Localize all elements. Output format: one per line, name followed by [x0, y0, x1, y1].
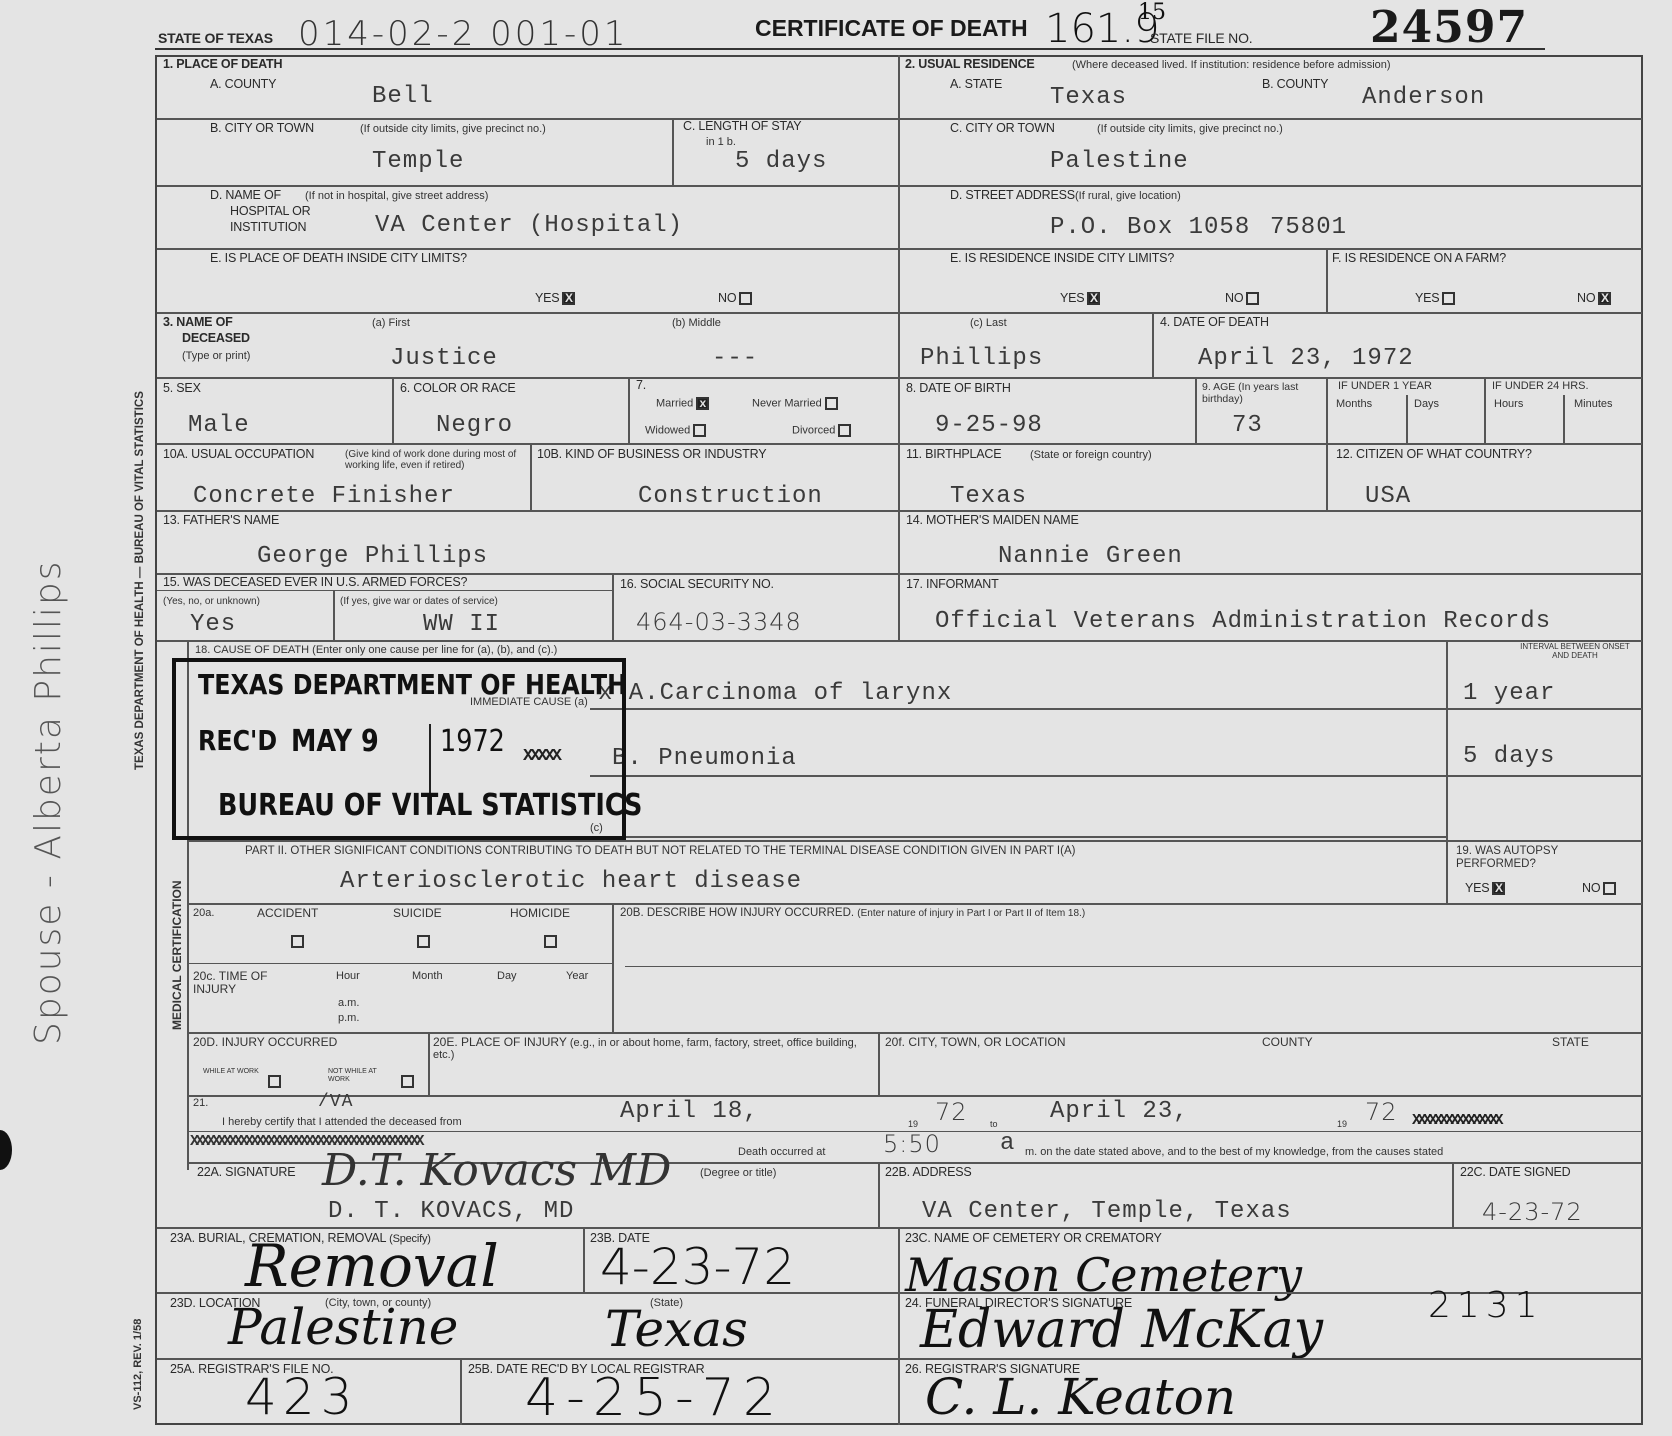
no-label: NO	[1577, 291, 1595, 305]
stamp-line1: TEXAS DEPARTMENT OF HEALTH	[198, 668, 627, 701]
interval-a: 1 year	[1463, 680, 1555, 707]
hospital-hint: (If not in hospital, give street address…	[305, 190, 488, 202]
death-city-value: Temple	[372, 148, 464, 175]
occupation-value: Concrete Finisher	[193, 483, 455, 510]
date-signed-label: 22c. DATE SIGNED	[1460, 1166, 1570, 1179]
while-at-work-checkbox[interactable]	[268, 1075, 281, 1088]
birthplace-hint: (State or foreign country)	[1030, 449, 1152, 461]
residence-label: 2. USUAL RESIDENCE	[905, 58, 1035, 71]
burial-value: Removal	[245, 1232, 499, 1300]
rule	[583, 1227, 585, 1293]
day-label: Day	[497, 970, 517, 982]
checkbox-unchecked[interactable]	[1246, 292, 1259, 305]
registrar-signature-value: C. L. Keaton	[925, 1368, 1236, 1426]
checkbox-unchecked[interactable]	[1442, 292, 1455, 305]
interval-label: INTERVAL BETWEEN ONSET AND DEATH	[1520, 643, 1630, 661]
industry-label: 10b. KIND OF BUSINESS OR INDUSTRY	[537, 448, 766, 461]
last-name-value: Phillips	[920, 345, 1043, 372]
injury-county-label: COUNTY	[1262, 1036, 1313, 1049]
dob-label: 8. DATE OF BIRTH	[906, 382, 1011, 395]
married-label: Married	[656, 397, 693, 409]
describe-injury-hint: (Enter nature of injury in Part I or Par…	[857, 908, 1085, 919]
residence-inside-city-no[interactable]: NO	[1225, 292, 1259, 305]
signature-label: 22a. SIGNATURE	[197, 1166, 295, 1179]
mother-label: 14. MOTHER'S MAIDEN NAME	[906, 514, 1079, 527]
armed-forces-value: Yes	[190, 611, 236, 638]
checkbox-checked[interactable]: x	[1087, 292, 1100, 305]
month-label: Month	[412, 970, 443, 982]
residence-state-value: Texas	[1050, 84, 1127, 111]
rule	[878, 1162, 880, 1227]
rule	[898, 1227, 900, 1425]
to-label: to	[990, 1120, 998, 1130]
spouse-note: Spouse - Alberta Phillips	[28, 559, 69, 1045]
ssn-label: 16. SOCIAL SECURITY NO.	[620, 578, 774, 591]
rule	[1484, 377, 1486, 443]
received-stamp: TEXAS DEPARTMENT OF HEALTH REC'D MAY 9 1…	[172, 658, 626, 840]
while-at-work-label: WHILE AT WORK	[203, 1068, 259, 1075]
date-of-death-label: 4. DATE OF DEATH	[1160, 316, 1269, 329]
rule	[460, 1358, 462, 1425]
death-time: 5:50	[883, 1130, 941, 1158]
under-24-label: IF UNDER 24 HRS.	[1492, 380, 1589, 392]
yes-label: YES	[1060, 291, 1084, 305]
name-hint: (Type or print)	[182, 350, 250, 362]
am-label: a.m.	[338, 997, 359, 1009]
armed-forces-label: 15. WAS DECEASED EVER IN U.S. ARMED FORC…	[163, 576, 467, 589]
rule	[189, 903, 1642, 905]
injury-occurred-label: 20d. INJURY OCCURRED	[193, 1036, 337, 1049]
form-number: VS-112, REV. 1/58	[132, 1319, 144, 1410]
cert-va-note: /VA	[318, 1092, 353, 1112]
injury-state-label: STATE	[1552, 1036, 1589, 1049]
married-option[interactable]: Marriedx	[656, 397, 709, 410]
time-of-injury-label: 20c. TIME OF INJURY	[193, 970, 308, 996]
cert-address-label: 22b. ADDRESS	[885, 1166, 972, 1179]
length-of-stay-label: c. LENGTH OF STAY	[683, 120, 801, 133]
occupation-hint: (Give kind of work done during most of w…	[345, 449, 527, 471]
state-file-label: STATE FILE NO.	[1150, 31, 1252, 46]
rule	[530, 443, 532, 510]
describe-injury-title: 20b. DESCRIBE HOW INJURY OCCURRED.	[620, 907, 854, 919]
to-year: 72	[1365, 1098, 1398, 1126]
rule	[1563, 395, 1565, 443]
checkbox-unchecked[interactable]	[693, 424, 706, 437]
farm-label: f. IS RESIDENCE ON A FARM?	[1332, 252, 1506, 265]
degree-label: (Degree or title)	[700, 1167, 776, 1179]
dept-vertical-text: TEXAS DEPARTMENT OF HEALTH — BUREAU OF V…	[134, 391, 146, 770]
checkbox-unchecked[interactable]	[838, 424, 851, 437]
location-state-value: Texas	[605, 1300, 748, 1358]
describe-injury-label: 20b. DESCRIBE HOW INJURY OCCURRED. (Ente…	[620, 907, 1085, 920]
rule	[333, 590, 335, 640]
suicide-label: SUICIDE	[393, 907, 442, 920]
not-while-at-work-checkbox[interactable]	[401, 1075, 414, 1088]
rule	[625, 966, 1642, 967]
homicide-label: HOMICIDE	[510, 907, 570, 920]
residence-city-hint: (If outside city limits, give precinct n…	[1097, 123, 1283, 135]
funeral-number: 2131	[1428, 1285, 1544, 1326]
race-value: Negro	[436, 412, 513, 439]
first-name-label: (a) First	[372, 317, 410, 329]
father-label: 13. FATHER'S NAME	[163, 514, 279, 527]
cause-line-b: B. Pneumonia	[612, 745, 797, 772]
no-label: NO	[1225, 291, 1243, 305]
rule	[1452, 1162, 1454, 1227]
rule	[157, 1358, 1642, 1360]
to-date: April 23,	[1050, 1098, 1189, 1125]
widowed-option[interactable]: Widowed	[645, 424, 706, 437]
rule	[189, 1032, 1642, 1034]
cause-section-hint: (Enter only one cause per line for (a), …	[312, 644, 557, 656]
certificate-title: CERTIFICATE OF DEATH	[755, 15, 1028, 42]
death-inside-city-no[interactable]: NO	[718, 292, 752, 305]
place-of-injury-title: 20e. PLACE OF INJURY	[433, 1035, 567, 1049]
checkbox-checked[interactable]: x	[562, 292, 575, 305]
state-of-texas-label: STATE OF TEXAS	[158, 31, 273, 46]
yes-label: YES	[1415, 291, 1439, 305]
street-label: d. STREET ADDRESS	[950, 189, 1075, 202]
rule	[628, 377, 630, 443]
yes-label: YES	[1465, 881, 1489, 895]
armed-forces-hint: (Yes, no, or unknown)	[163, 596, 260, 607]
death-county-label: a. COUNTY	[210, 78, 276, 91]
black-dot	[0, 1130, 12, 1170]
death-inside-city-label: e. IS PLACE OF DEATH INSIDE CITY LIMITS?	[210, 252, 467, 265]
death-city-label: b. CITY OR TOWN	[210, 122, 314, 135]
zip-value: 75801	[1270, 214, 1347, 241]
stamp-recd: REC'D	[198, 724, 277, 757]
attended-text: I hereby certify that I attended the dec…	[222, 1116, 462, 1128]
not-while-at-work-label: NOT WHILE AT WORK	[328, 1068, 377, 1083]
death-county-value: Bell	[372, 83, 434, 110]
middle-name-label: (b) Middle	[672, 317, 721, 329]
last-name-label: (c) Last	[970, 317, 1007, 329]
hour-label: Hour	[336, 970, 360, 982]
race-label: 6. COLOR OR RACE	[400, 382, 516, 395]
while-at-work-option[interactable]: WHILE AT WORK	[203, 1068, 263, 1076]
physician-signature: D.T. Kovacs MD	[322, 1145, 671, 1196]
handwritten-ref-sup: 15	[1138, 0, 1166, 25]
not-while-at-work-option[interactable]: NOT WHILE AT WORK	[328, 1068, 388, 1083]
length-of-stay-hint: in 1 b.	[706, 136, 736, 148]
months-label: Months	[1336, 398, 1372, 410]
state-file-number: 24597	[1370, 2, 1528, 53]
rule	[1446, 640, 1448, 903]
occupation-label: 10a. USUAL OCCUPATION	[163, 448, 314, 461]
residence-state-label: a. STATE	[950, 78, 1002, 91]
stamp-month-day: MAY 9	[291, 724, 379, 759]
rule	[590, 775, 1642, 777]
length-of-stay-value: 5 days	[735, 148, 827, 175]
divorced-option[interactable]: Divorced	[792, 424, 851, 437]
registrar-date-value: 4-25-72	[525, 1368, 784, 1428]
checkbox-checked[interactable]: x	[1492, 882, 1505, 895]
middle-name-value: ---	[712, 345, 758, 372]
rule	[1406, 395, 1408, 443]
street-value: P.O. Box 1058	[1050, 214, 1250, 241]
hospital-value: VA Center (Hospital)	[375, 212, 683, 239]
medical-certification-label: MEDICAL CERTIFICATION	[170, 880, 184, 1030]
funeral-director-signature: Edward McKay	[920, 1300, 1323, 1360]
no-label: NO	[718, 291, 736, 305]
age-label: 9. AGE (In years last birthday)	[1202, 382, 1322, 405]
rule	[1326, 377, 1328, 510]
yes-label: YES	[535, 291, 559, 305]
rule	[672, 118, 674, 185]
stamp-year: 1972	[440, 724, 505, 759]
birthplace-label: 11. BIRTHPLACE	[906, 448, 1001, 461]
hospital-label-1: d. NAME OF	[210, 189, 281, 202]
checkbox-checked[interactable]: x	[696, 397, 709, 410]
rule	[157, 590, 612, 591]
date-signed-value: 4-23-72	[1482, 1198, 1583, 1226]
checkbox-unchecked[interactable]	[825, 397, 838, 410]
checkbox-unchecked[interactable]	[739, 292, 752, 305]
from-year-prefix: 19	[908, 1120, 918, 1130]
war-hint: (If yes, give war or dates of service)	[340, 596, 498, 607]
informant-label: 17. INFORMANT	[906, 578, 999, 591]
cause-line-a: x A.Carcinoma of larynx	[598, 680, 952, 707]
place-of-injury-label: 20e. PLACE OF INJURY (e.g., in or about …	[433, 1036, 873, 1061]
autopsy-no[interactable]: NO	[1582, 882, 1616, 895]
dob-value: 9-25-98	[935, 412, 1043, 439]
war-value: WW II	[423, 611, 500, 638]
residence-county-value: Anderson	[1362, 84, 1485, 111]
birthplace-value: Texas	[950, 483, 1027, 510]
rule	[1326, 248, 1328, 312]
farm-no[interactable]: NOx	[1577, 292, 1611, 305]
residence-inside-city-yes[interactable]: YESx	[1060, 292, 1100, 305]
age-value: 73	[1232, 412, 1263, 439]
rule	[392, 377, 394, 443]
rule	[1195, 377, 1197, 443]
death-occurred-label: Death occurred at	[738, 1146, 825, 1158]
rule	[1152, 312, 1154, 377]
part2-label: PART II. OTHER SIGNIFICANT CONDITIONS CO…	[245, 845, 1075, 858]
stamp-divider	[429, 724, 431, 794]
death-inside-city-yes[interactable]: YESx	[535, 292, 575, 305]
sex-value: Male	[188, 412, 250, 439]
cert-trailing-text: m. on the date stated above, and to the …	[1025, 1146, 1443, 1158]
signer-typed: D. T. KOVACS, MD	[328, 1198, 574, 1225]
hospital-label-2: HOSPITAL OR	[230, 205, 310, 218]
cause-label: 18. CAUSE OF DEATH (Enter only one cause…	[195, 644, 557, 656]
informant-value: Official Veterans Administration Records	[935, 608, 1551, 635]
never-married-label: Never Married	[752, 397, 822, 409]
never-married-option[interactable]: Never Married	[752, 397, 838, 410]
citizen-label: 12. CITIZEN OF WHAT COUNTRY?	[1336, 448, 1532, 461]
divorced-label: Divorced	[792, 424, 835, 436]
accident-label: ACCIDENT	[257, 907, 318, 920]
rule	[590, 708, 1642, 710]
cert-21-label: 21.	[193, 1097, 208, 1109]
cert-strike-right: XXXXXXXXXXXXXXXX	[1412, 1112, 1500, 1129]
homicide-checkbox[interactable]	[544, 935, 557, 948]
mother-value: Nannie Green	[998, 543, 1183, 570]
sex-label: 5. SEX	[163, 382, 201, 395]
hospital-label-3: INSTITUTION	[230, 221, 306, 234]
stamp-line3: BUREAU OF VITAL STATISTICS	[218, 788, 642, 823]
place-of-death-label: 1. PLACE OF DEATH	[163, 58, 282, 71]
pm-label: p.m.	[338, 1012, 359, 1024]
rule	[612, 573, 614, 640]
rule	[428, 1032, 430, 1095]
name-label-2: DECEASED	[182, 332, 250, 345]
rule	[898, 55, 900, 640]
from-date: April 18,	[620, 1098, 759, 1125]
residence-inside-city-label: e. IS RESIDENCE INSIDE CITY LIMITS?	[950, 252, 1174, 265]
interval-b: 5 days	[1463, 743, 1555, 770]
registrar-file-value: 423	[245, 1368, 358, 1426]
street-hint: (If rural, give location)	[1075, 190, 1181, 202]
hours-label: Hours	[1494, 398, 1523, 410]
death-city-hint: (If outside city limits, give precinct n…	[360, 123, 546, 135]
rule	[189, 963, 612, 964]
industry-value: Construction	[638, 483, 823, 510]
father-value: George Phillips	[257, 543, 488, 570]
rule	[189, 840, 1642, 842]
citizen-value: USA	[1365, 483, 1411, 510]
ssn-value: 464-03-3348	[636, 608, 802, 636]
accident-checkbox[interactable]	[291, 935, 304, 948]
days-label: Days	[1414, 398, 1439, 410]
to-year-prefix: 19	[1337, 1120, 1347, 1130]
name-label-1: 3. NAME OF	[163, 316, 233, 329]
suicide-checkbox[interactable]	[417, 935, 430, 948]
residence-city-value: Palestine	[1050, 148, 1189, 175]
residence-county-label: b. COUNTY	[1262, 78, 1328, 91]
cause-section-label: 18. CAUSE OF DEATH	[195, 644, 309, 656]
autopsy-label: 19. WAS AUTOPSY PERFORMED?	[1456, 845, 1636, 870]
death-ampm: a	[1000, 1130, 1015, 1157]
header-divider	[155, 48, 1545, 50]
autopsy-yes[interactable]: YESx	[1465, 882, 1505, 895]
from-year: 72	[935, 1098, 968, 1126]
location-city-value: Palestine	[228, 1298, 458, 1356]
date-of-death-value: April 23, 1972	[1198, 345, 1414, 372]
injury-city-label: 20f. CITY, TOWN, OR LOCATION	[885, 1036, 1065, 1049]
residence-city-label: c. CITY OR TOWN	[950, 122, 1055, 135]
first-name-value: Justice	[390, 345, 498, 372]
rule	[612, 903, 614, 1033]
part2-value: Arteriosclerotic heart disease	[340, 868, 802, 895]
checkbox-unchecked[interactable]	[1603, 882, 1616, 895]
marital-label: 7.	[636, 379, 646, 392]
rule	[157, 640, 1642, 642]
no-label: NO	[1582, 881, 1600, 895]
farm-yes[interactable]: YES	[1415, 292, 1455, 305]
widowed-label: Widowed	[645, 424, 690, 436]
burial-date-value: 4-23-72	[600, 1238, 795, 1296]
year-label: Year	[566, 970, 588, 982]
rule	[189, 1095, 1642, 1097]
minutes-label: Minutes	[1574, 398, 1613, 410]
cert-address-value: VA Center, Temple, Texas	[922, 1198, 1292, 1225]
cemetery-label: 23c. NAME OF CEMETERY OR CREMATORY	[905, 1232, 1162, 1245]
rule	[878, 1032, 880, 1095]
injury-20a-label: 20a.	[193, 907, 214, 919]
residence-hint: (Where deceased lived. If institution: r…	[1072, 59, 1391, 71]
checkbox-checked[interactable]: x	[1598, 292, 1611, 305]
under-year-label: IF UNDER 1 YEAR	[1338, 380, 1432, 392]
rule	[157, 1292, 1642, 1294]
